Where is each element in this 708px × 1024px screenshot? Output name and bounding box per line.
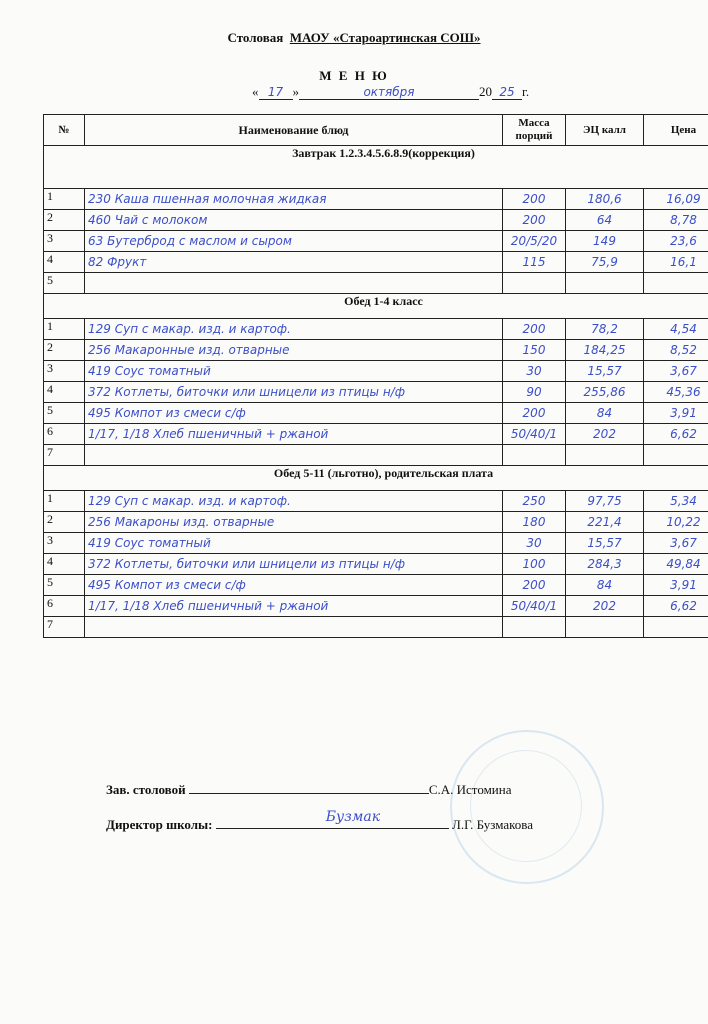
dish-kcal: 149: [566, 231, 644, 252]
director-name: Л.Г. Бузмакова: [452, 817, 533, 832]
dish-mass: 200: [503, 575, 566, 596]
table-row: 2460 Чай с молоком200648,78: [44, 210, 708, 231]
table-row: 482 Фрукт11575,916,1: [44, 252, 708, 273]
dish-kcal: 15,57: [566, 533, 644, 554]
row-number: 3: [44, 361, 85, 382]
table-row: 2256 Макароны изд. отварные180221,410,22: [44, 512, 708, 533]
table-row: 1129 Суп с макар. изд. и картоф.25097,75…: [44, 491, 708, 512]
row-number: 4: [44, 252, 85, 273]
dish-kcal: 64: [566, 210, 644, 231]
table-row: 1230 Каша пшенная молочная жидкая200180,…: [44, 189, 708, 210]
table-row: 7: [44, 617, 708, 638]
dish-mass: [503, 617, 566, 638]
dish-mass: 150: [503, 340, 566, 361]
dish-price: 10,22: [644, 512, 708, 533]
section-title: Обед 5-11 (льготно), родительская плата: [44, 466, 708, 491]
dish-mass: [503, 273, 566, 294]
dish-price: 16,1: [644, 252, 708, 273]
table-row: 1129 Суп с макар. изд. и картоф.20078,24…: [44, 319, 708, 340]
director-label: Директор школы:: [106, 817, 213, 832]
dish-kcal: [566, 273, 644, 294]
dish-price: 8,52: [644, 340, 708, 361]
col-number: №: [44, 115, 85, 146]
dish-price: [644, 617, 708, 638]
dish-price: 8,78: [644, 210, 708, 231]
dish-mass: 180: [503, 512, 566, 533]
row-number: 1: [44, 491, 85, 512]
dish-price: 49,84: [644, 554, 708, 575]
dish-mass: 100: [503, 554, 566, 575]
dish-price: 45,36: [644, 382, 708, 403]
dish-name: 230 Каша пшенная молочная жидкая: [85, 189, 503, 210]
dish-name: 419 Соус томатный: [85, 361, 503, 382]
dish-name: 129 Суп с макар. изд. и картоф.: [85, 319, 503, 340]
dish-name: 1/17, 1/18 Хлеб пшеничный + ржаной: [85, 424, 503, 445]
dish-mass: 115: [503, 252, 566, 273]
col-kcal: ЭЦ калл: [566, 115, 644, 146]
row-number: 2: [44, 340, 85, 361]
dish-name: 460 Чай с молоком: [85, 210, 503, 231]
dish-kcal: 184,25: [566, 340, 644, 361]
table-row: 3419 Соус томатный3015,573,67: [44, 361, 708, 382]
row-number: 1: [44, 319, 85, 340]
dish-name: 372 Котлеты, биточки или шницели из птиц…: [85, 554, 503, 575]
dish-mass: 200: [503, 210, 566, 231]
dish-mass: 90: [503, 382, 566, 403]
dish-price: 3,67: [644, 361, 708, 382]
dish-name: 129 Суп с макар. изд. и картоф.: [85, 491, 503, 512]
date-day: 17: [259, 85, 293, 100]
stamp-inner: [470, 750, 582, 862]
dish-name: 1/17, 1/18 Хлеб пшеничный + ржаной: [85, 596, 503, 617]
row-number: 4: [44, 382, 85, 403]
dish-kcal: 97,75: [566, 491, 644, 512]
dish-price: 3,91: [644, 575, 708, 596]
row-number: 2: [44, 210, 85, 231]
dish-name: [85, 617, 503, 638]
section-title: Обед 1-4 класс: [44, 294, 708, 319]
row-number: 1: [44, 189, 85, 210]
dish-name: 256 Макаронные изд. отварные: [85, 340, 503, 361]
dish-price: 6,62: [644, 424, 708, 445]
row-number: 6: [44, 424, 85, 445]
dish-price: [644, 273, 708, 294]
table-row: 5495 Компот из смеси с/ф200843,91: [44, 403, 708, 424]
table-row: 61/17, 1/18 Хлеб пшеничный + ржаной50/40…: [44, 424, 708, 445]
dish-kcal: 284,3: [566, 554, 644, 575]
dish-mass: 50/40/1: [503, 596, 566, 617]
menu-table: № Наименование блюд Масса порций ЭЦ калл…: [43, 114, 708, 638]
dish-name: 372 Котлеты, биточки или шницели из птиц…: [85, 382, 503, 403]
dish-name: 256 Макароны изд. отварные: [85, 512, 503, 533]
row-number: 4: [44, 554, 85, 575]
row-number: 5: [44, 273, 85, 294]
dish-kcal: 84: [566, 575, 644, 596]
dish-price: 3,67: [644, 533, 708, 554]
dish-mass: [503, 445, 566, 466]
dish-kcal: 180,6: [566, 189, 644, 210]
canteen-head-signature-line: Зав. столовой С.А. Истомина: [106, 780, 511, 798]
table-row: 5: [44, 273, 708, 294]
menu-date: «17»октября2025г.: [252, 84, 529, 100]
col-mass: Масса порций: [503, 115, 566, 146]
dish-name: [85, 445, 503, 466]
col-price: Цена: [644, 115, 708, 146]
canteen-title: Столовая МАОУ «Староартинская СОШ»: [0, 30, 708, 46]
dish-mass: 20/5/20: [503, 231, 566, 252]
dish-kcal: 255,86: [566, 382, 644, 403]
dish-price: 6,62: [644, 596, 708, 617]
dish-kcal: 75,9: [566, 252, 644, 273]
date-year: 25: [492, 85, 522, 100]
dish-mass: 250: [503, 491, 566, 512]
table-row: 4372 Котлеты, биточки или шницели из пти…: [44, 554, 708, 575]
dish-name: 63 Бутерброд с маслом и сыром: [85, 231, 503, 252]
table-row: 4372 Котлеты, биточки или шницели из пти…: [44, 382, 708, 403]
date-month: октября: [299, 85, 479, 100]
table-row: 7: [44, 445, 708, 466]
section-header: Завтрак 1.2.3.4.5.6.8.9(коррекция): [44, 146, 708, 189]
row-number: 5: [44, 575, 85, 596]
section-header: Обед 1-4 класс: [44, 294, 708, 319]
dish-kcal: 78,2: [566, 319, 644, 340]
dish-kcal: 202: [566, 596, 644, 617]
dish-kcal: [566, 445, 644, 466]
director-signature: Бузмак: [326, 809, 380, 825]
dish-name: 419 Соус томатный: [85, 533, 503, 554]
dish-price: 5,34: [644, 491, 708, 512]
dish-kcal: 15,57: [566, 361, 644, 382]
canteen-head-name: С.А. Истомина: [429, 782, 512, 797]
row-number: 7: [44, 617, 85, 638]
dish-mass: 50/40/1: [503, 424, 566, 445]
dish-price: 16,09: [644, 189, 708, 210]
document-title: М Е Н Ю: [0, 68, 708, 84]
col-dish-name: Наименование блюд: [85, 115, 503, 146]
table-row: 2256 Макаронные изд. отварные150184,258,…: [44, 340, 708, 361]
dish-price: 23,6: [644, 231, 708, 252]
dish-kcal: 84: [566, 403, 644, 424]
signature-blank: [189, 780, 429, 794]
org-prefix: Столовая: [227, 30, 283, 45]
dish-mass: 30: [503, 361, 566, 382]
dish-kcal: 202: [566, 424, 644, 445]
table-row: 5495 Компот из смеси с/ф200843,91: [44, 575, 708, 596]
table-row: 61/17, 1/18 Хлеб пшеничный + ржаной50/40…: [44, 596, 708, 617]
row-number: 5: [44, 403, 85, 424]
dish-mass: 200: [503, 319, 566, 340]
section-title: Завтрак 1.2.3.4.5.6.8.9(коррекция): [44, 146, 708, 189]
canteen-head-label: Зав. столовой: [106, 782, 186, 797]
signature-blank: Бузмак: [216, 815, 449, 829]
dish-price: 3,91: [644, 403, 708, 424]
dish-kcal: 221,4: [566, 512, 644, 533]
dish-name: 82 Фрукт: [85, 252, 503, 273]
section-header: Обед 5-11 (льготно), родительская плата: [44, 466, 708, 491]
dish-mass: 200: [503, 189, 566, 210]
table-row: 363 Бутерброд с маслом и сыром20/5/20149…: [44, 231, 708, 252]
table-row: 3419 Соус томатный3015,573,67: [44, 533, 708, 554]
row-number: 3: [44, 533, 85, 554]
dish-price: 4,54: [644, 319, 708, 340]
dish-mass: 30: [503, 533, 566, 554]
dish-name: 495 Компот из смеси с/ф: [85, 403, 503, 424]
director-signature-line: Директор школы: Бузмак Л.Г. Бузмакова: [106, 815, 533, 833]
row-number: 3: [44, 231, 85, 252]
dish-name: [85, 273, 503, 294]
dish-mass: 200: [503, 403, 566, 424]
dish-kcal: [566, 617, 644, 638]
dish-price: [644, 445, 708, 466]
table-header: № Наименование блюд Масса порций ЭЦ калл…: [44, 115, 708, 146]
org-name: МАОУ «Староартинская СОШ»: [290, 30, 481, 45]
row-number: 7: [44, 445, 85, 466]
row-number: 6: [44, 596, 85, 617]
row-number: 2: [44, 512, 85, 533]
dish-name: 495 Компот из смеси с/ф: [85, 575, 503, 596]
